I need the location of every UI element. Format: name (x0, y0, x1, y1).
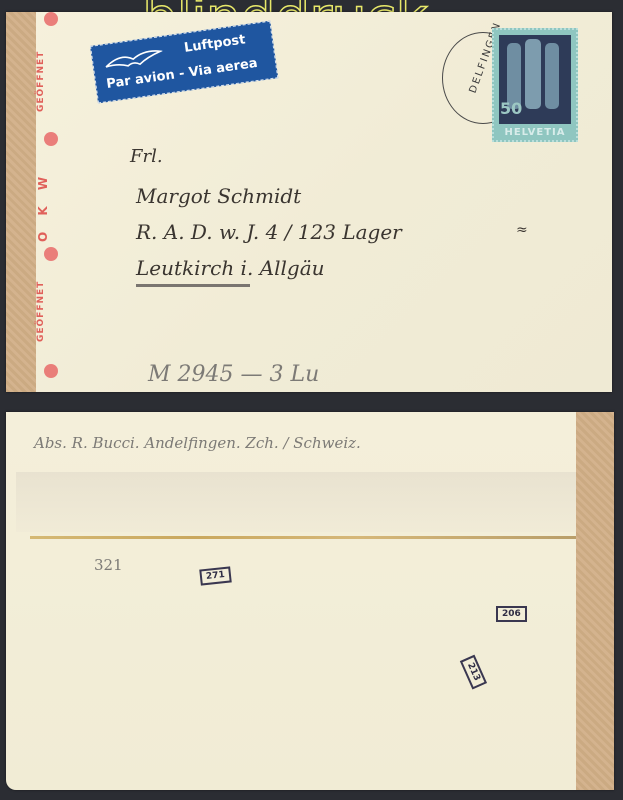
address-line: Leutkirch i. Allgäu (136, 256, 325, 280)
censor-number-stamp: 213 (460, 655, 487, 690)
censor-seal-icon (44, 364, 58, 378)
pencil-number: 321 (94, 556, 123, 574)
censor-seal-icon (44, 132, 58, 146)
envelope-front: GEÖFFNET O K W GEÖFFNET Luftpost Par avi… (6, 12, 612, 392)
censor-seal-icon (44, 247, 58, 261)
airmail-label: Luftpost Par avion - Via aerea (90, 21, 278, 104)
censor-tape-text: GEÖFFNET (36, 281, 46, 342)
pencil-note: M 2945 — 3 Lu (148, 362, 319, 387)
censor-tape (576, 412, 614, 790)
censor-number-stamp: 206 (496, 606, 527, 622)
bird-icon (102, 45, 164, 71)
censor-tape-text: GEÖFFNET (36, 51, 46, 112)
address-line: Frl. (130, 146, 163, 167)
envelope-back: Abs. R. Bucci. Andelfingen. Zch. / Schwe… (6, 412, 614, 790)
censor-seal-icon (44, 12, 58, 26)
flap-edge (30, 536, 576, 539)
censor-tape (6, 12, 36, 392)
censor-tape-text: O K W (36, 171, 50, 242)
sender-address: Abs. R. Bucci. Andelfingen. Zch. / Schwe… (34, 434, 361, 452)
ink-mark: ≈ (516, 222, 528, 238)
address-line: R. A. D. w. J. 4 / 123 Lager (136, 220, 402, 244)
address-underline (136, 284, 250, 287)
address-line: Margot Schmidt (136, 184, 301, 208)
stamp-value: 50 (500, 99, 522, 118)
stamp-country: HELVETIA (494, 127, 576, 138)
envelope-flap (16, 472, 576, 532)
airmail-label-line1: Luftpost (183, 32, 246, 55)
censor-number-stamp: 271 (199, 566, 231, 585)
postage-stamp: 50 HELVETIA (492, 28, 578, 142)
